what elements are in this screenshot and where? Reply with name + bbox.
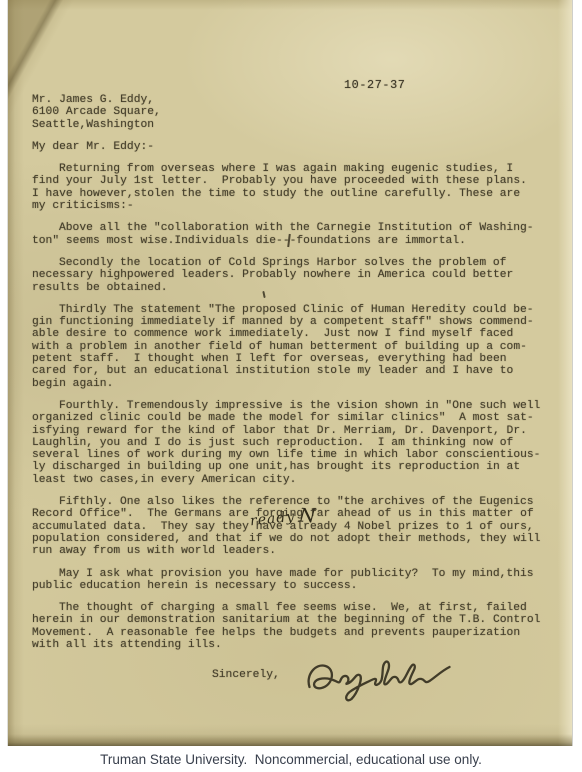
letter-scan: 10-27-37 Mr. James G. Eddy, 6100 Arcade … (0, 0, 582, 772)
footer-credit: Truman State University. Noncommercial, … (0, 746, 582, 772)
letter-body: Mr. James G. Eddy, 6100 Arcade Square, S… (32, 94, 562, 682)
paragraph-fifthly: Fifthly. One also likes the reference to… (32, 496, 562, 557)
handwritten-correction-n: N (298, 504, 316, 527)
paragraph-small-fee: The thought of charging a small fee seem… (32, 602, 562, 651)
paragraph-returning: Returning from overseas where I was agai… (32, 163, 562, 212)
paragraph-fourthly: Fourthly. Tremendously impressive is the… (32, 400, 562, 486)
paragraph-thirdly: Thirdly The statement "The proposed Clin… (32, 304, 562, 390)
paragraph-publicity: May I ask what provision you have made f… (32, 568, 562, 593)
salutation: My dear Mr. Eddy:- (32, 141, 562, 153)
paper-bottom-edge (8, 734, 572, 746)
signature (266, 653, 491, 705)
recipient-address: Mr. James G. Eddy, 6100 Arcade Square, S… (32, 94, 562, 131)
paragraph-secondly: Secondly the location of Cold Springs Ha… (32, 257, 562, 294)
letter-paper: 10-27-37 Mr. James G. Eddy, 6100 Arcade … (8, 0, 572, 746)
letter-date: 10-27-37 (344, 79, 405, 91)
paragraph-above-all: Above all the "collaboration with the Ca… (32, 222, 562, 247)
